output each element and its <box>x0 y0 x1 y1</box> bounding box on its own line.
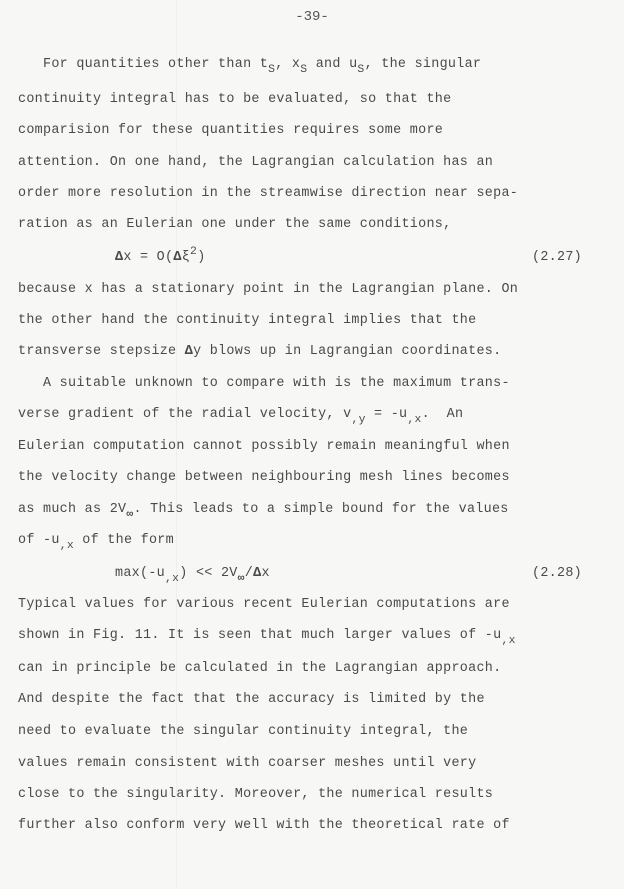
text-line: of -u,x of the form <box>18 533 174 548</box>
text-line: ration as an Eulerian one under the same… <box>18 217 451 232</box>
text-line: because x has a stationary point in the … <box>18 282 518 297</box>
text-line: verse gradient of the radial velocity, v… <box>18 407 463 422</box>
text-line: the velocity change between neighbouring… <box>18 470 510 485</box>
text-line: transverse stepsize Δy blows up in Lagra… <box>18 344 501 359</box>
text-line: further also conform very well with the … <box>18 818 510 833</box>
text-line: order more resolution in the streamwise … <box>18 186 518 201</box>
text-line: Typical values for various recent Euleri… <box>18 597 510 612</box>
text-line: For quantities other than tS, xS and uS,… <box>18 57 481 72</box>
equation-2-27: Δx = O(Δξ2) <box>115 250 206 265</box>
text-line: A suitable unknown to compare with is th… <box>18 376 510 391</box>
equation-number-2-27: (2.27) <box>532 250 582 265</box>
text-line: values remain consistent with coarser me… <box>18 756 476 771</box>
text-line: can in principle be calculated in the La… <box>18 661 501 676</box>
text-line: attention. On one hand, the Lagrangian c… <box>18 155 493 170</box>
text-line: as much as 2V∞. This leads to a simple b… <box>18 502 509 517</box>
text-line: the other hand the continuity integral i… <box>18 313 476 328</box>
equation-number-2-28: (2.28) <box>532 566 582 581</box>
text-line: And despite the fact that the accuracy i… <box>18 692 485 707</box>
page-number: -39- <box>0 9 624 25</box>
equation-2-28: max(-u,x) << 2V∞/Δx <box>115 566 270 581</box>
text-line: shown in Fig. 11. It is seen that much l… <box>18 628 516 643</box>
text-line: comparision for these quantities require… <box>18 123 443 138</box>
text-line: close to the singularity. Moreover, the … <box>18 787 493 802</box>
document-page: -39- For quantities other than tS, xS an… <box>0 0 624 889</box>
text-line: need to evaluate the singular continuity… <box>18 724 468 739</box>
text-line: Eulerian computation cannot possibly rem… <box>18 439 510 454</box>
text-line: continuity integral has to be evaluated,… <box>18 92 451 107</box>
